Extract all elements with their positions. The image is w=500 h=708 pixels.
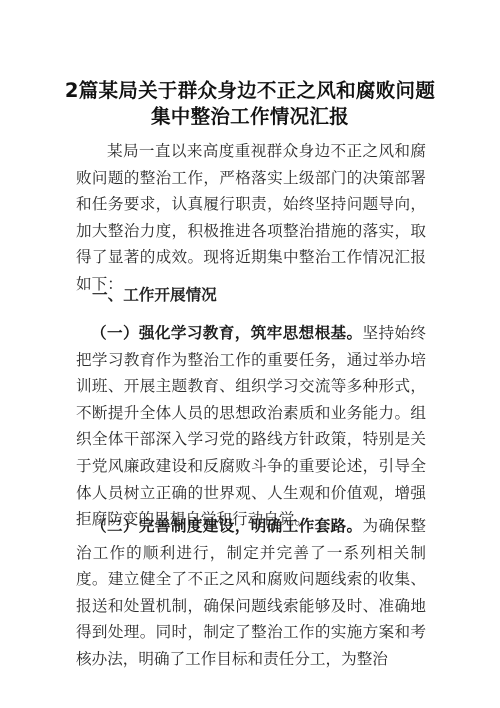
item-2-lead: （二）完善制度建设，明确工作套路。 [91,517,362,535]
intro-paragraph: 某局一直以来高度重视群众身边不正之风和腐败问题的整治工作，严格落实上级部门的决策… [76,138,426,298]
item-1-text: 坚持始终把学习教育作为整治工作的重要任务，通过举办培训班、开展主题教育、组织学习… [76,324,426,528]
document-title-line-2: 集中整治工作情况汇报 [0,101,500,129]
section-heading-work-progress: 一、工作开展情况 [92,283,217,305]
paragraph-item-2: （二）完善制度建设，明确工作套路。为确保整治工作的顺利进行，制定并完善了一系列相… [76,513,426,673]
item-1-lead: （一）强化学习教育，筑牢思想根基。 [91,324,362,342]
document-page: 2篇某局关于群众身边不正之风和腐败问题 集中整治工作情况汇报 某局一直以来高度重… [0,0,500,708]
paragraph-item-1: （一）强化学习教育，筑牢思想根基。坚持始终把学习教育作为整治工作的重要任务，通过… [76,320,426,533]
item-2-text: 为确保整治工作的顺利进行，制定并完善了一系列相关制度。建立健全了不正之风和腐败问… [76,517,426,668]
document-title-line-1: 2篇某局关于群众身边不正之风和腐败问题 [0,75,500,103]
